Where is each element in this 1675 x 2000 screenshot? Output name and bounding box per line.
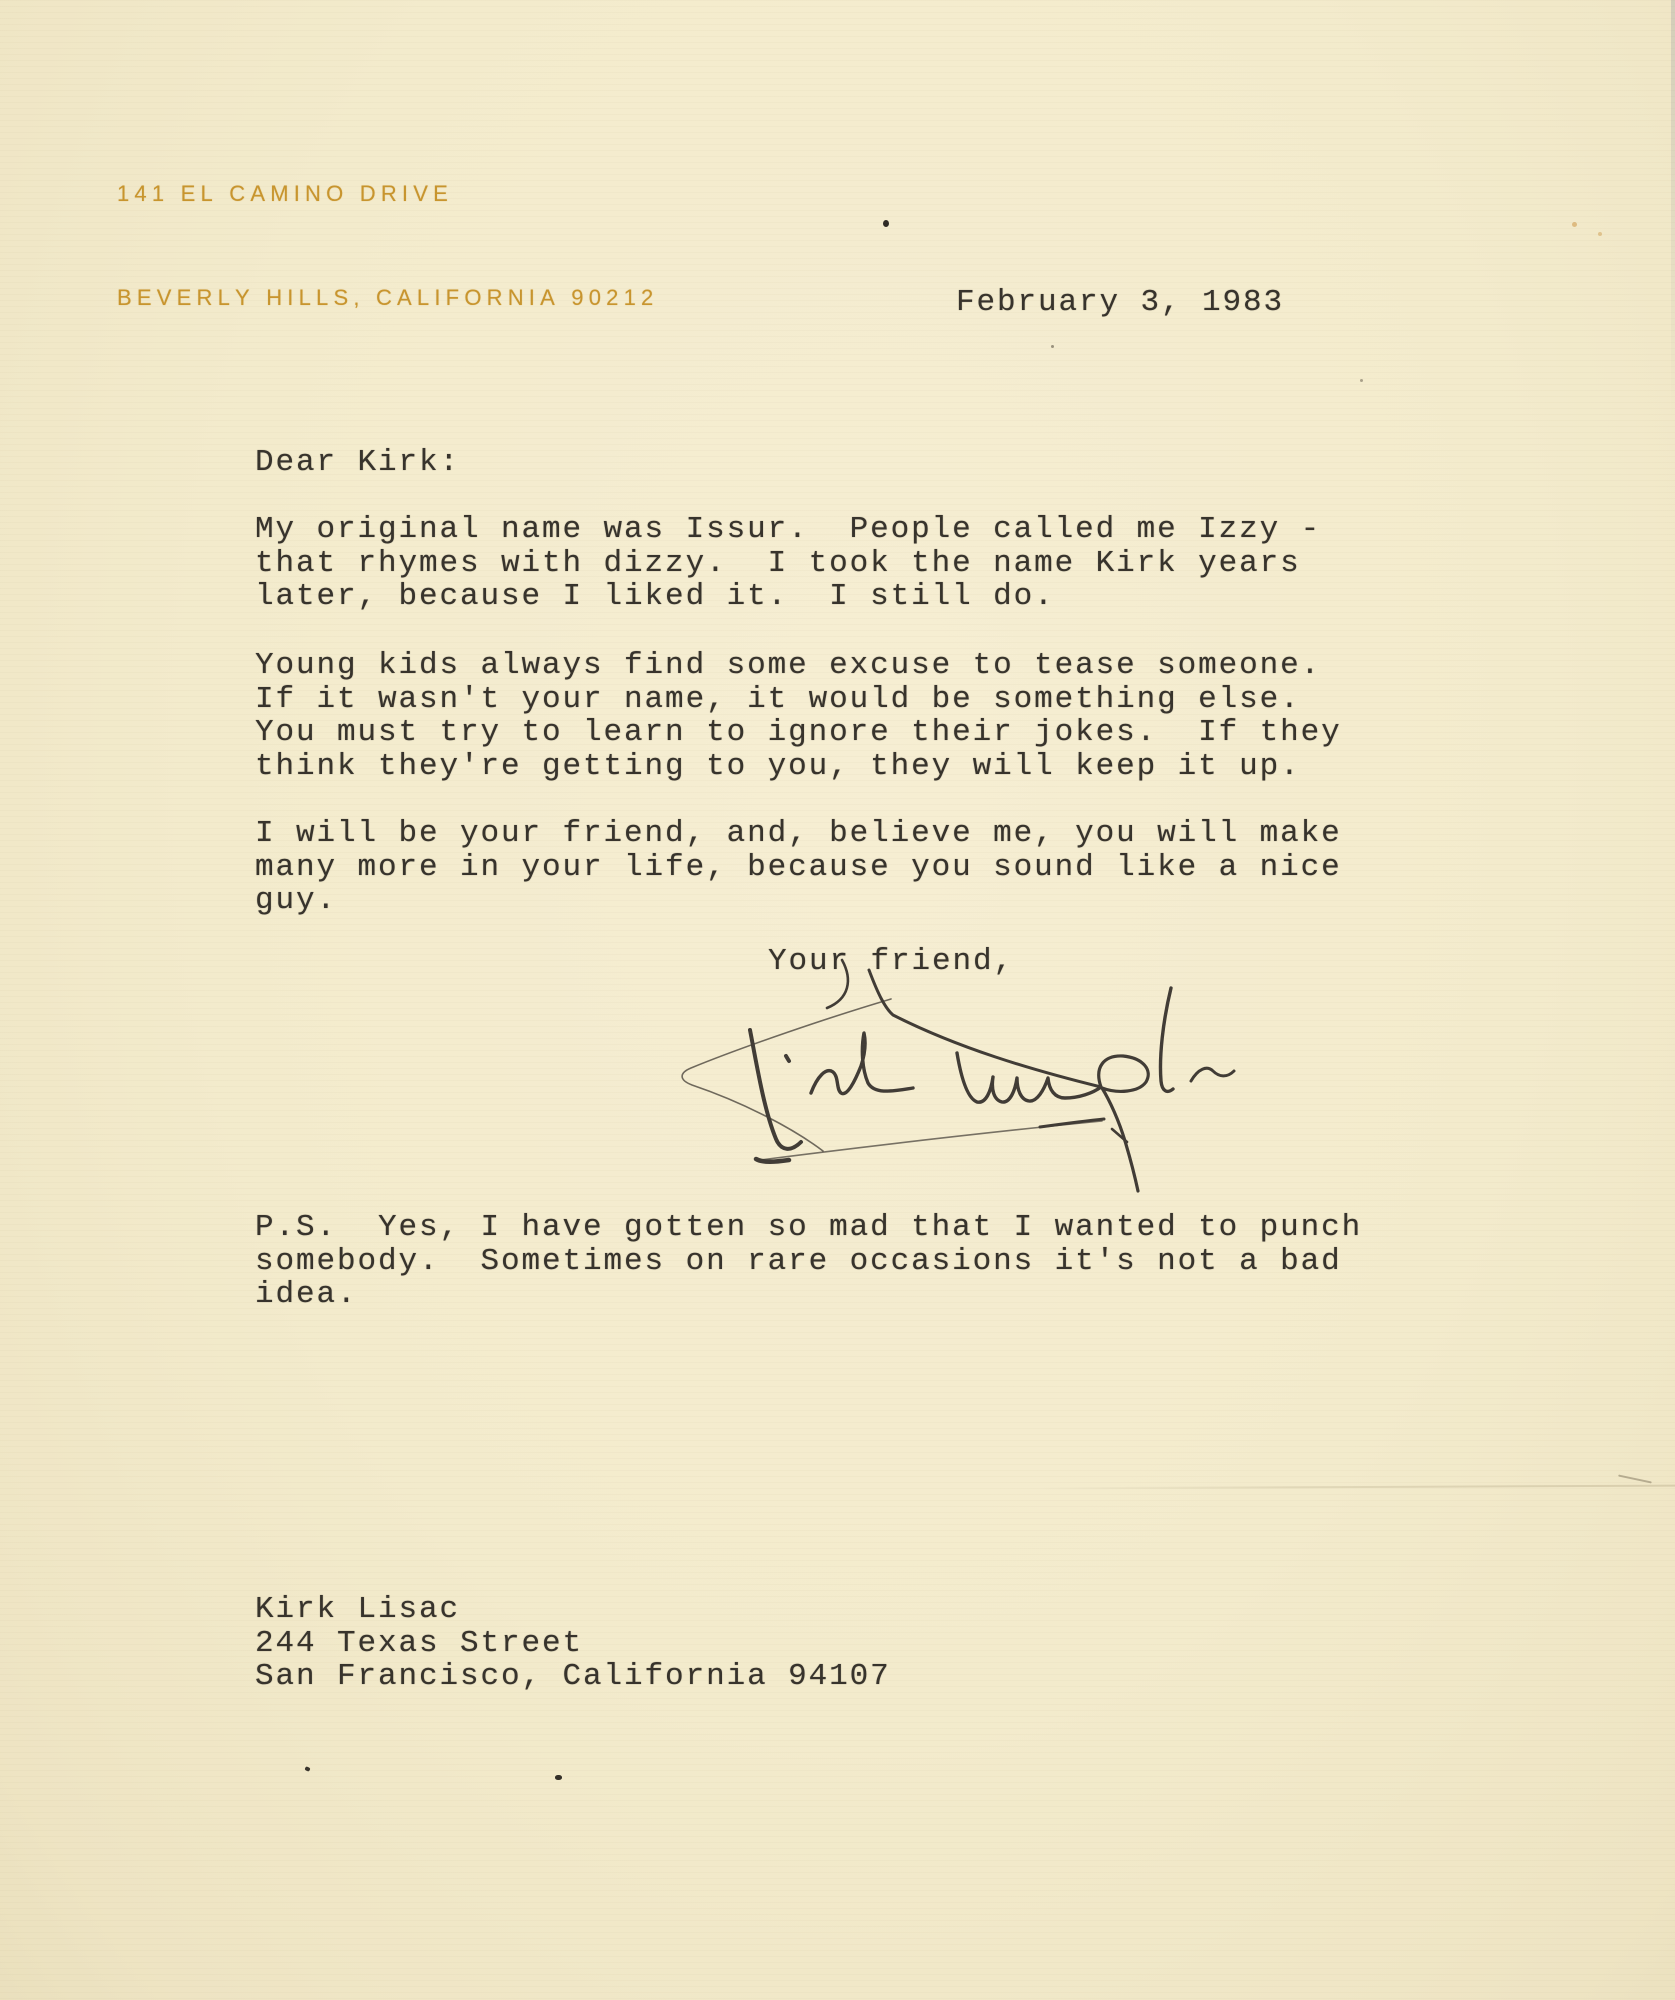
kirk-douglas-signature — [660, 940, 1280, 1220]
letter-date: February 3, 1983 — [956, 286, 1284, 320]
paragraph-3: I will be your friend, and, believe me, … — [255, 817, 1342, 918]
paper-speck — [555, 1775, 562, 1780]
salutation: Dear Kirk: — [255, 446, 460, 480]
recipient-address: Kirk Lisac 244 Texas Street San Francisc… — [255, 1593, 891, 1694]
letterhead-address-line2: BEVERLY HILLS, CALIFORNIA 90212 — [117, 281, 658, 316]
letterhead-address-line1: 141 EL CAMINO DRIVE — [117, 177, 658, 212]
paragraph-1: My original name was Issur. People calle… — [255, 513, 1321, 614]
letterhead: 141 EL CAMINO DRIVE BEVERLY HILLS, CALIF… — [117, 108, 658, 384]
paper-speck — [304, 1766, 310, 1772]
scan-edge — [1671, 0, 1675, 420]
paper-speck — [883, 220, 889, 227]
postscript: P.S. Yes, I have gotten so mad that I wa… — [255, 1211, 1362, 1312]
paper-scratch — [1618, 1474, 1652, 1483]
letter-page: 141 EL CAMINO DRIVE BEVERLY HILLS, CALIF… — [0, 0, 1675, 2000]
paper-speck — [1360, 379, 1363, 382]
paper-crease — [1040, 1485, 1675, 1490]
paragraph-2: Young kids always find some excuse to te… — [255, 649, 1342, 783]
paper-speck — [1598, 232, 1602, 236]
paper-speck — [1572, 222, 1577, 227]
paper-speck — [1051, 345, 1054, 348]
